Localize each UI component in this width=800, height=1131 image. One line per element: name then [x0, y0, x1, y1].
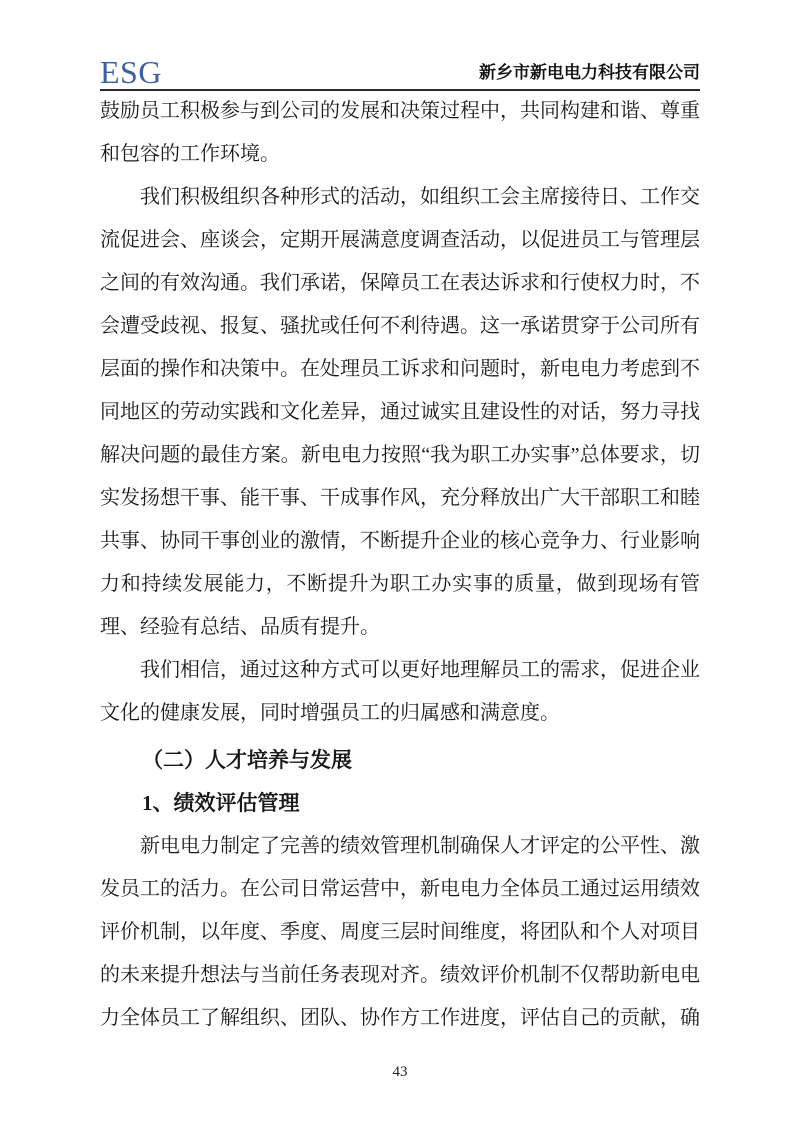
esg-logo: ESG [100, 56, 162, 88]
page-footer: 43 [0, 1063, 800, 1081]
section-heading-talent-development: （二）人才培养与发展 [100, 739, 700, 782]
sub-heading-performance-management: 1、绩效评估管理 [100, 782, 700, 825]
page-header: ESG 新乡市新电电力科技有限公司 [100, 46, 700, 91]
paragraph-belief-belonging: 我们相信，通过这种方式可以更好地理解员工的需求，促进企业文化的健康发展，同时增强… [100, 649, 700, 735]
paragraph-performance-mechanism: 新电电力制定了完善的绩效管理机制确保人才评定的公平性、激发员工的活力。在公司日常… [100, 825, 700, 1040]
document-body: 鼓励员工积极参与到公司的发展和决策过程中，共同构建和谐、尊重和包容的工作环境。 … [100, 90, 700, 1040]
paragraph-activities-communication: 我们积极组织各种形式的活动，如组织工会主席接待日、工作交流促进会、座谈会，定期开… [100, 176, 700, 649]
page-number: 43 [393, 1064, 408, 1080]
document-page: ESG 新乡市新电电力科技有限公司 鼓励员工积极参与到公司的发展和决策过程中，共… [0, 0, 800, 1131]
company-name: 新乡市新电电力科技有限公司 [479, 64, 700, 88]
paragraph-employee-participation: 鼓励员工积极参与到公司的发展和决策过程中，共同构建和谐、尊重和包容的工作环境。 [100, 90, 700, 176]
